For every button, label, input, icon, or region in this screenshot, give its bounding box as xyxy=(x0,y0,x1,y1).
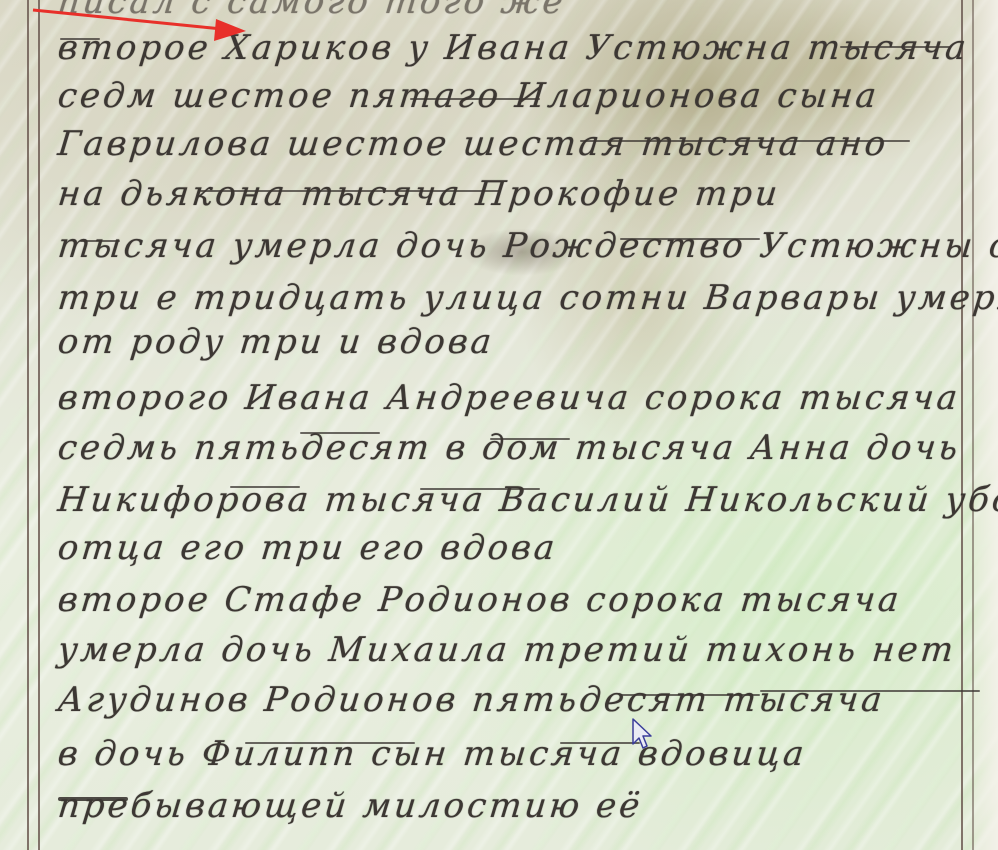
red-arrow-icon xyxy=(0,0,998,850)
mouse-cursor-icon xyxy=(632,718,654,752)
